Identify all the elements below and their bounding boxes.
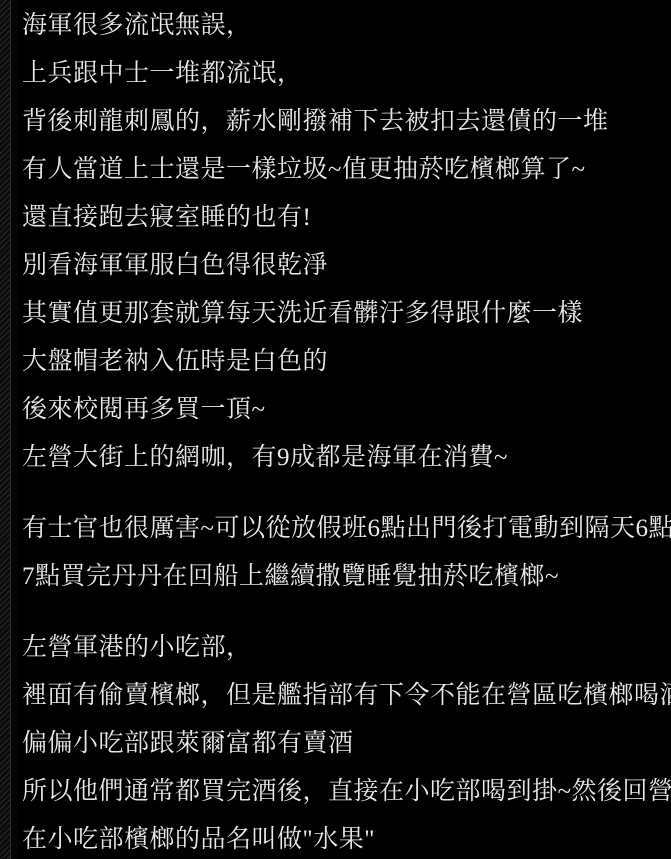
post-line: 背後刺龍刺鳳的，薪水剛撥補下去被扣去還債的一堆 xyxy=(22,98,671,146)
post-line: 還直接跑去寢室睡的也有! xyxy=(22,194,671,242)
post-line: 後來校閱再多買一頂~ xyxy=(22,386,671,434)
post-line: 左營大街上的網咖，有9成都是海軍在消費~ xyxy=(22,434,671,482)
post-line: 海軍很多流氓無誤， xyxy=(22,2,671,50)
post-line: 所以他們通常都買完酒後，直接在小吃部喝到掛~然後回營 xyxy=(22,768,671,816)
page-edge-seam xyxy=(11,0,18,859)
post-line: 有士官也很厲害~可以從放假班6點出門後打電動到隔天6點~ xyxy=(22,505,671,553)
post-line: 7點買完丹丹在回船上繼續撒覽睡覺抽菸吃檳榔~ xyxy=(22,553,671,601)
post-line: 大盤帽老衲入伍時是白色的 xyxy=(22,338,671,386)
post-body: 海軍很多流氓無誤， 上兵跟中士一堆都流氓， 背後刺龍刺鳳的，薪水剛撥補下去被扣去… xyxy=(22,0,671,859)
post-line: 其實值更那套就算每天洗近看髒汙多得跟什麼一樣 xyxy=(22,290,671,338)
post-line: 上兵跟中士一堆都流氓， xyxy=(22,50,671,98)
post-line: 偏偏小吃部跟萊爾富都有賣酒 xyxy=(22,720,671,768)
post-line: 在小吃部檳榔的品名叫做"水果" xyxy=(22,816,671,859)
page-edge-hatch xyxy=(0,0,11,859)
post-blank-line xyxy=(22,482,671,505)
post-blank-line xyxy=(22,601,671,624)
post-line: 左營軍港的小吃部， xyxy=(22,624,671,672)
post-line: 別看海軍軍服白色得很乾淨 xyxy=(22,242,671,290)
post-line: 裡面有偷賣檳榔，但是艦指部有下令不能在營區吃檳榔喝酒~ xyxy=(22,672,671,720)
post-line: 有人當道上士還是一樣垃圾~值更抽菸吃檳榔算了~ xyxy=(22,146,671,194)
